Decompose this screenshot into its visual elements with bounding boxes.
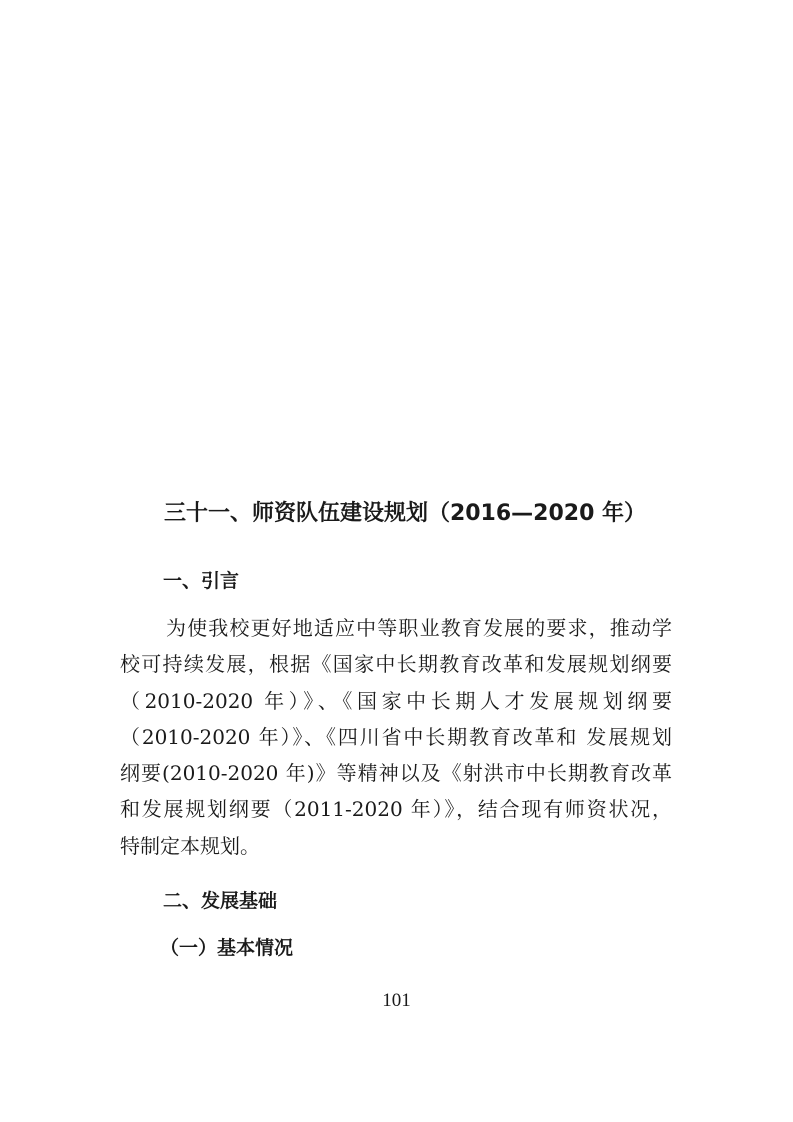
- paragraph-line: 为使我校更好地适应中等职业教育发展的要求，推动学: [120, 610, 672, 646]
- page-title: 三十一、师资队伍建设规划（2016—2020 年）: [150, 496, 660, 527]
- section-heading-introduction: 一、引言: [163, 566, 239, 593]
- paragraph-line: （2010-2020 年）》、《四川省中长期教育改革和 发展规划: [120, 719, 672, 755]
- subsection-heading-basic-situation: （一）基本情况: [160, 933, 293, 960]
- page-number: 101: [0, 990, 793, 1012]
- section-heading-development-basis: 二、发展基础: [163, 886, 277, 913]
- paragraph-line: 校可持续发展，根据《国家中长期教育改革和发展规划纲要: [120, 646, 672, 682]
- paragraph-line: 纲要(2010-2020 年)》等精神以及《射洪市中长期教育改革: [120, 755, 672, 791]
- introduction-paragraph: 为使我校更好地适应中等职业教育发展的要求，推动学 校可持续发展，根据《国家中长期…: [120, 610, 672, 864]
- paragraph-line: 和发展规划纲要（2011-2020 年）》，结合现有师资状况，: [120, 791, 672, 827]
- paragraph-line: 特制定本规划。: [120, 828, 672, 864]
- paragraph-line: （2010-2020 年）》、《国家中长期人才发展规划纲要: [120, 683, 672, 719]
